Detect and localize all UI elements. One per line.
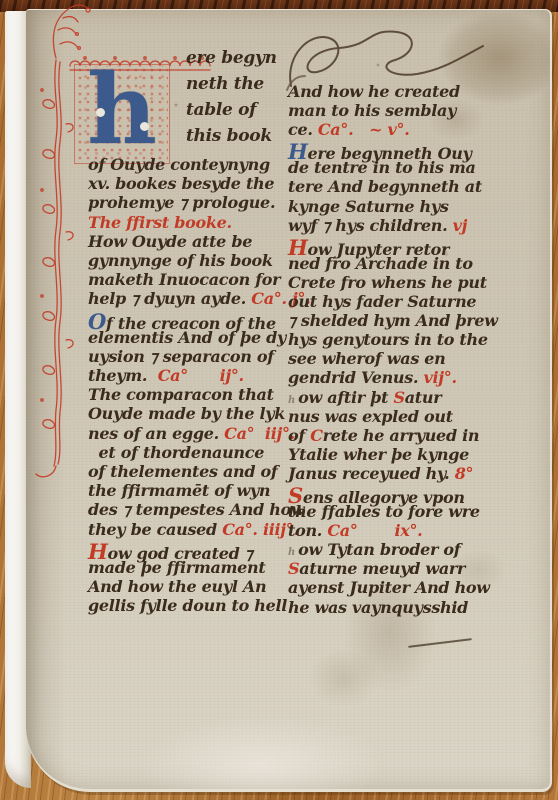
manuscript-line: ned fro Archade in to	[288, 254, 506, 273]
manuscript-line: ton. Ca° ix°.	[288, 521, 506, 540]
manuscript-line: xv. bookes besyde the	[88, 174, 293, 193]
manuscript-line: theym. Ca° ij°.	[88, 366, 293, 385]
manuscript-line: of Crete he arryued in	[288, 426, 506, 445]
manuscript-line: he was vaynquysshid	[288, 598, 506, 617]
manuscript-line: des ⁊ tempestes And how	[88, 500, 293, 519]
manuscript-line: gellis fylle doun to hell	[88, 596, 293, 615]
manuscript-line: How Jupyter retor	[288, 235, 506, 254]
manuscript-line: ⁊ shelded hym And þrew	[288, 311, 506, 330]
text-initial-wrap: ere begynneth thetable ofthis book	[186, 48, 277, 152]
manuscript-line: h ow Tytan broder of	[288, 540, 506, 559]
manuscript-line: maketh Inuocacon for	[88, 270, 293, 289]
manuscript-line: out hys fader Saturne	[288, 292, 506, 311]
manuscript-line: Crete fro whens he put	[288, 273, 506, 292]
text-column-right: And how he createdman to his semblayce. …	[288, 82, 506, 617]
manuscript-line: Ytalie wher þe kynge	[288, 445, 506, 464]
manuscript-line: gynnynge of his book	[88, 251, 293, 270]
manuscript-line: How Ouyde atte be	[88, 232, 293, 251]
manuscript-line: The comparacon that	[88, 385, 293, 404]
manuscript-line: nus was expled out	[288, 407, 506, 426]
manuscript-line: Sens allegorye vpon	[288, 483, 506, 502]
manuscript-line: neth the	[186, 74, 277, 100]
manuscript-line: Saturne meuyd warr	[288, 559, 506, 578]
manuscript-line: The ffirst booke.	[88, 213, 293, 232]
manuscript-photo: h ere begynneth thetable ofthis book of …	[0, 0, 558, 800]
manuscript-line: Ouyde made by the lyk	[88, 404, 293, 423]
manuscript-line: tere And begynneth at	[288, 177, 506, 196]
text-column-left: of Ouyde conteynyngxv. bookes besyde the…	[88, 155, 293, 616]
manuscript-line: see wherof was en	[288, 349, 506, 368]
manuscript-line: wyf ⁊ hys children. vj	[288, 216, 506, 235]
manuscript-line: Here begynneth Ouy	[288, 139, 506, 158]
manuscript-line: And how he created	[288, 82, 506, 101]
manuscript-line: of thelementes and of	[88, 462, 293, 481]
manuscript-line: help ⁊ dyuyn ayde. Ca°. j°.	[88, 289, 293, 308]
manuscript-line: And how the euyl An	[88, 577, 293, 596]
manuscript-line: et of thordenaunce	[88, 443, 293, 462]
initial-white-dots	[76, 66, 81, 71]
manuscript-line: this book	[186, 126, 277, 152]
manuscript-line: hys genytours in to the	[288, 330, 506, 349]
manuscript-line: de tentre in to his ma	[288, 158, 506, 177]
manuscript-line: ere begyn	[186, 48, 277, 74]
manuscript-line: How god created ⁊	[88, 539, 293, 558]
manuscript-line: of Ouyde conteynyng	[88, 155, 293, 174]
manuscript-line: elementis And of þe dy	[88, 328, 293, 347]
manuscript-line: prohemye ⁊ prologue.	[88, 193, 293, 212]
initial-letter-h: h	[76, 60, 168, 156]
manuscript-line: uysion ⁊ separacon of	[88, 347, 293, 366]
manuscript-line: kynge Saturne hys	[288, 197, 506, 216]
illuminated-initial: h	[76, 66, 168, 162]
manuscript-line: they be caused Ca°. iiij°.	[88, 520, 293, 539]
manuscript-line: man to his semblay	[288, 101, 506, 120]
manuscript-line: table of	[186, 100, 277, 126]
manuscript-line: gendrid Venus. vij°.	[288, 368, 506, 387]
manuscript-line: Of the creacon of the	[88, 309, 293, 328]
manuscript-line: the ffirmamēt of wyn	[88, 481, 293, 500]
manuscript-line: made þe ffirmament	[88, 558, 293, 577]
manuscript-line: ayenst Jupiter And how	[288, 578, 506, 597]
manuscript-line: h ow aftir þt Satur	[288, 388, 506, 407]
manuscript-line: nes of an egge. Ca° iij°.	[88, 424, 293, 443]
manuscript-line: the ffables to fore wre	[288, 502, 506, 521]
manuscript-line: Janus receyued hy. 8°	[288, 464, 506, 483]
manuscript-line: ce. Ca°. ~ v°.	[288, 120, 506, 139]
